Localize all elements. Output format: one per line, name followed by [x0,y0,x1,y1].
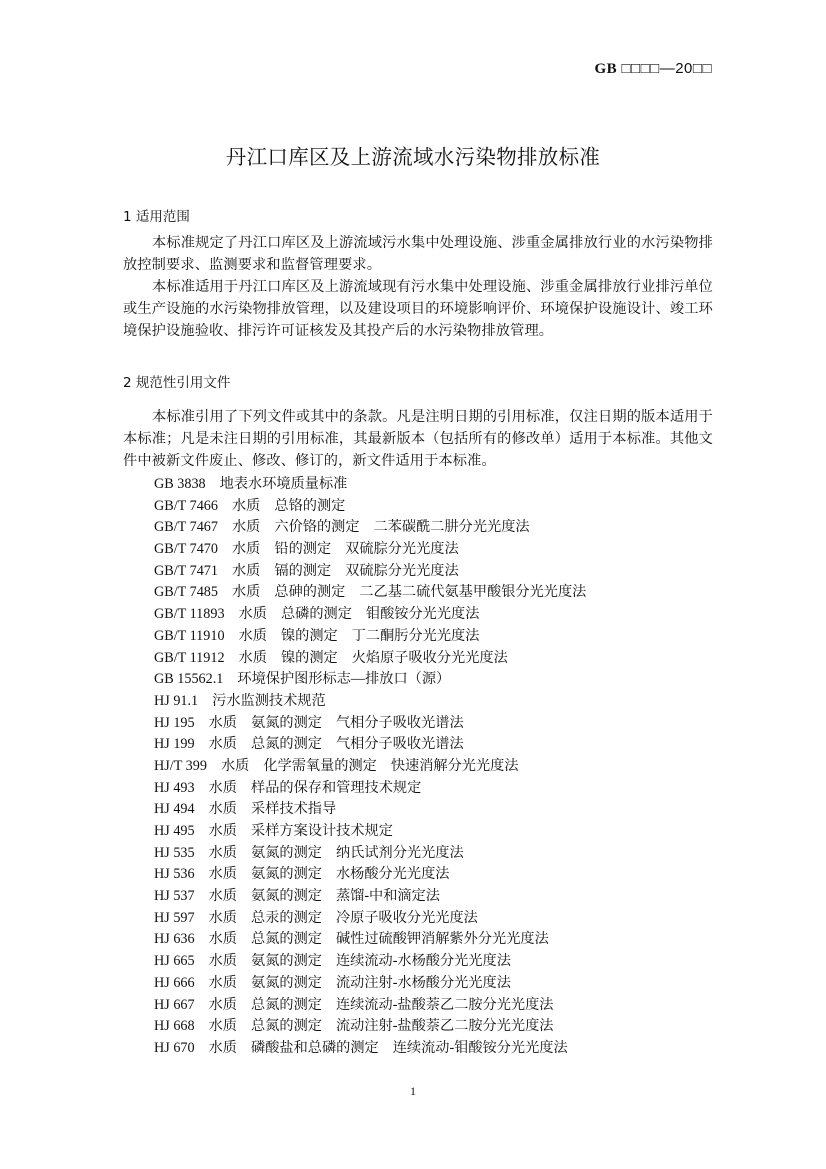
reference-text: 六价铬的测定 [274,519,359,535]
reference-code: HJ/T 399 [154,758,207,774]
reference-text: 水质 [232,541,260,557]
section-2-heading: 2 规范性引用文件 [123,371,230,391]
reference-text: 污水监测技术规范 [212,693,326,709]
reference-code: GB/T 7467 [154,519,218,535]
reference-text: 采样方案设计技术规定 [251,823,393,839]
reference-text: 水质 [209,736,237,752]
reference-item: HJ 537水质氨氮的测定蒸馏-中和滴定法 [154,886,600,908]
reference-text: 水质 [209,715,237,731]
reference-text: 冷原子吸收分光光度法 [336,910,478,926]
reference-item: HJ/T 399水质化学需氧量的测定快速消解分光光度法 [154,756,600,778]
reference-item: HJ 493水质样品的保存和管理技术规定 [154,778,600,800]
reference-text: 双硫腙分光光度法 [345,541,459,557]
reference-text: 镍的测定 [281,650,338,666]
reference-code: GB/T 7466 [154,498,218,514]
reference-text: 水质 [209,997,237,1013]
reference-code: GB/T 11912 [154,650,225,666]
reference-code: GB/T 11893 [154,606,225,622]
reference-text: 水质 [209,845,237,861]
reference-text: 铅的测定 [274,541,331,557]
reference-text: 水质 [209,953,237,969]
reference-text: 水杨酸分光光度法 [336,866,450,882]
reference-list: GB 3838地表水环境质量标准GB/T 7466水质总铬的测定GB/T 746… [154,474,600,1060]
reference-text: 采样技术指导 [251,801,336,817]
reference-text: 碱性过硫酸钾消解紫外分光光度法 [336,931,549,947]
reference-code: HJ 199 [154,736,195,752]
reference-code: HJ 91.1 [154,693,198,709]
standard-number-header: GB □□□□—20□□ [595,60,712,78]
reference-item: GB/T 11893水质总磷的测定钼酸铵分光光度法 [154,604,600,626]
reference-code: HJ 494 [154,801,195,817]
reference-item: HJ 535水质氨氮的测定纳氏试剂分光光度法 [154,843,600,865]
reference-text: 钼酸铵分光光度法 [366,606,480,622]
reference-code: HJ 668 [154,1018,195,1034]
reference-item: HJ 597水质总汞的测定冷原子吸收分光光度法 [154,908,600,930]
reference-item: HJ 665水质氨氮的测定连续流动-水杨酸分光光度法 [154,951,600,973]
reference-item: GB/T 11912水质镍的测定火焰原子吸收分光光度法 [154,648,600,670]
reference-code: HJ 195 [154,715,195,731]
reference-code: HJ 665 [154,953,195,969]
reference-code: HJ 536 [154,866,195,882]
reference-text: 总氮的测定 [251,736,322,752]
reference-text: 流动注射-水杨酸分光光度法 [336,975,511,991]
reference-code: HJ 537 [154,888,195,904]
reference-text: 总氮的测定 [251,1018,322,1034]
reference-item: GB/T 7471水质镉的测定双硫腙分光光度法 [154,561,600,583]
section-2-paragraph-1: 本标准引用了下列文件或其中的条款。凡是注明日期的引用标准，仅注日期的版本适用于本… [123,407,713,473]
reference-text: 水质 [209,910,237,926]
reference-text: 水质 [209,866,237,882]
reference-text: 蒸馏-中和滴定法 [336,888,440,904]
reference-text: 水质 [209,1018,237,1034]
reference-text: 丁二酮肟分光光度法 [352,628,480,644]
reference-item: HJ 670水质磷酸盐和总磷的测定连续流动-钼酸铵分光光度法 [154,1038,600,1060]
reference-code: GB/T 7470 [154,541,218,557]
reference-text: 氨氮的测定 [251,888,322,904]
reference-code: HJ 597 [154,910,195,926]
reference-code: HJ 493 [154,780,195,796]
reference-text: 氨氮的测定 [251,715,322,731]
reference-text: 总铬的测定 [274,498,345,514]
standard-prefix: GB [595,61,618,77]
reference-item: HJ 91.1污水监测技术规范 [154,691,600,713]
standard-code: □□□□—20□□ [621,60,712,77]
reference-code: GB 3838 [154,476,206,492]
reference-item: HJ 636水质总氮的测定碱性过硫酸钾消解紫外分光光度法 [154,929,600,951]
reference-item: HJ 668水质总氮的测定流动注射-盐酸萘乙二胺分光光度法 [154,1016,600,1038]
reference-text: 水质 [209,823,237,839]
reference-code: HJ 667 [154,997,195,1013]
reference-text: 总磷的测定 [281,606,352,622]
reference-text: 水质 [239,650,267,666]
reference-item: GB/T 7485水质总砷的测定二乙基二硫代氨基甲酸银分光光度法 [154,582,600,604]
reference-text: 二苯碳酰二肼分光光度法 [374,519,530,535]
reference-code: HJ 670 [154,1040,195,1056]
reference-item: GB/T 7466水质总铬的测定 [154,496,600,518]
reference-text: 氨氮的测定 [251,845,322,861]
reference-text: 氨氮的测定 [251,866,322,882]
reference-code: HJ 495 [154,823,195,839]
reference-text: 水质 [209,888,237,904]
reference-text: 水质 [239,628,267,644]
reference-text: 水质 [209,1040,237,1056]
reference-text: 水质 [232,563,260,579]
reference-item: HJ 495水质采样方案设计技术规定 [154,821,600,843]
reference-code: GB/T 7471 [154,563,218,579]
reference-item: GB/T 7467水质六价铬的测定二苯碳酰二肼分光光度法 [154,517,600,539]
reference-code: GB/T 7485 [154,584,218,600]
reference-text: 连续流动-盐酸萘乙二胺分光光度法 [336,997,554,1013]
reference-text: 总氮的测定 [251,931,322,947]
reference-code: HJ 535 [154,845,195,861]
reference-text: 水质 [232,584,260,600]
reference-text: 水质 [209,780,237,796]
reference-text: 二乙基二硫代氨基甲酸银分光光度法 [359,584,586,600]
reference-text: 化学需氧量的测定 [263,758,377,774]
reference-item: GB 3838地表水环境质量标准 [154,474,600,496]
reference-text: 连续流动-钼酸铵分光光度法 [393,1040,568,1056]
reference-item: GB/T 7470水质铅的测定双硫腙分光光度法 [154,539,600,561]
reference-text: 总砷的测定 [274,584,345,600]
reference-text: 水质 [232,519,260,535]
reference-text: 镉的测定 [274,563,331,579]
reference-text: 水质 [209,931,237,947]
reference-text: 气相分子吸收光谱法 [336,715,464,731]
reference-item: HJ 536水质氨氮的测定水杨酸分光光度法 [154,864,600,886]
reference-code: GB/T 11910 [154,628,225,644]
reference-text: 样品的保存和管理技术规定 [251,780,421,796]
reference-item: HJ 199水质总氮的测定气相分子吸收光谱法 [154,734,600,756]
reference-text: 总氮的测定 [251,997,322,1013]
reference-text: 快速消解分光光度法 [391,758,519,774]
section-1-heading: 1 适用范围 [123,205,190,225]
section-1-paragraph-1: 本标准规定了丹江口库区及上游流域污水集中处理设施、涉重金属排放行业的水污染物排放… [123,233,713,277]
reference-text: 镍的测定 [281,628,338,644]
reference-text: 双硫腙分光光度法 [345,563,459,579]
reference-text: 纳氏试剂分光光度法 [336,845,464,861]
reference-text: 连续流动-水杨酸分光光度法 [336,953,511,969]
reference-item: GB/T 11910水质镍的测定丁二酮肟分光光度法 [154,626,600,648]
reference-text: 火焰原子吸收分光光度法 [352,650,508,666]
section-1-paragraph-2: 本标准适用于丹江口库区及上游流域现有污水集中处理设施、涉重金属排放行业排污单位或… [123,277,713,343]
reference-text: 氨氮的测定 [251,975,322,991]
document-title: 丹江口库区及上游流域水污染物排放标准 [0,140,826,170]
reference-text: 水质 [232,498,260,514]
reference-code: HJ 666 [154,975,195,991]
reference-item: HJ 667水质总氮的测定连续流动-盐酸萘乙二胺分光光度法 [154,995,600,1017]
reference-text: 气相分子吸收光谱法 [336,736,464,752]
reference-text: 总汞的测定 [251,910,322,926]
reference-text: 水质 [209,975,237,991]
reference-text: 水质 [209,801,237,817]
reference-text: 水质 [239,606,267,622]
reference-item: HJ 195水质氨氮的测定气相分子吸收光谱法 [154,713,600,735]
reference-text: 氨氮的测定 [251,953,322,969]
reference-code: GB 15562.1 [154,671,223,687]
reference-text: 地表水环境质量标准 [220,476,348,492]
reference-item: HJ 666水质氨氮的测定流动注射-水杨酸分光光度法 [154,973,600,995]
reference-item: GB 15562.1环境保护图形标志—排放口（源） [154,669,600,691]
reference-code: HJ 636 [154,931,195,947]
reference-text: 流动注射-盐酸萘乙二胺分光光度法 [336,1018,554,1034]
reference-text: 水质 [221,758,249,774]
page-number: 1 [0,1084,826,1099]
reference-text: 环境保护图形标志—排放口（源） [237,671,450,687]
reference-text: 磷酸盐和总磷的测定 [251,1040,379,1056]
reference-item: HJ 494水质采样技术指导 [154,799,600,821]
